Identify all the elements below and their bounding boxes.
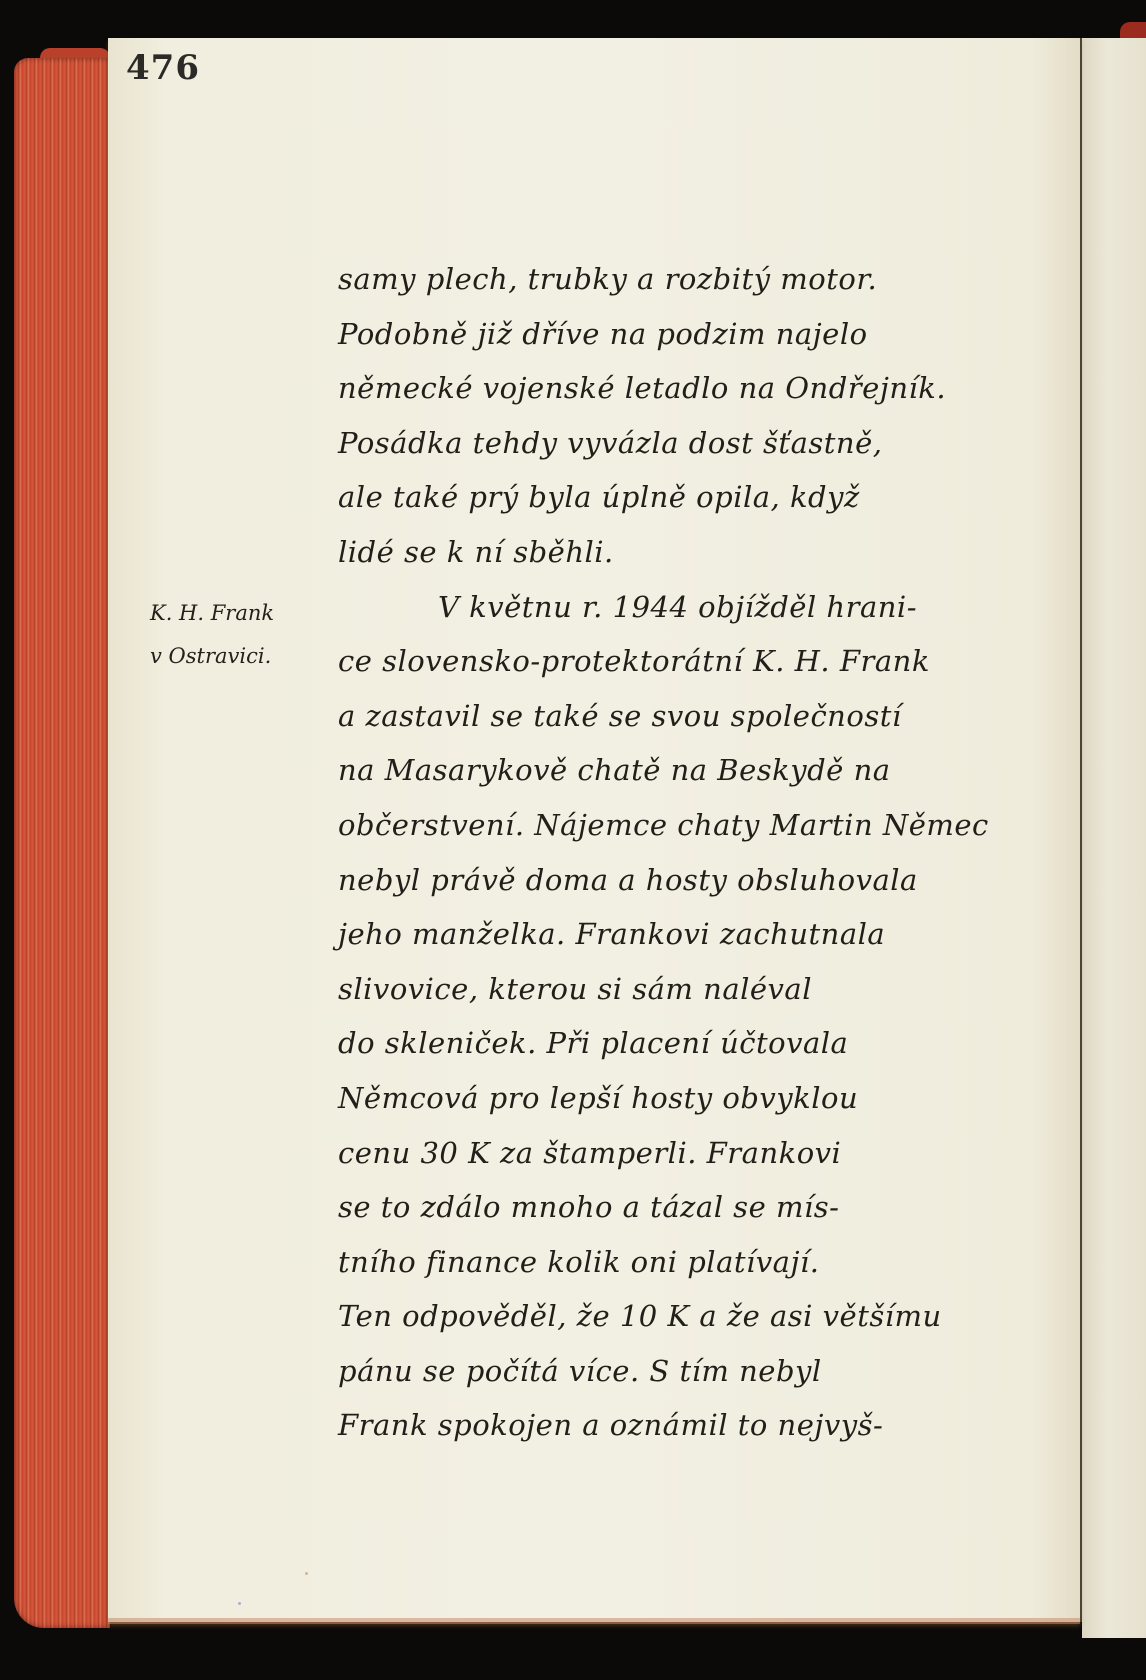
text-line: Podobně již dříve na podzim najelo [338, 307, 1038, 362]
text-line: nebyl právě doma a hosty obsluhovala [338, 853, 1038, 908]
book-gutter [1080, 38, 1082, 1622]
text-line: se to zdálo mnoho a tázal se mís- [338, 1180, 1038, 1235]
text-line: na Masarykově chatě na Beskydě na [338, 743, 1038, 798]
text-line: cenu 30 K za štamperli. Frankovi [338, 1126, 1038, 1181]
paper-speck [305, 1572, 308, 1575]
text-line: slivovice, kterou si sám naléval [338, 962, 1038, 1017]
paper-speck [238, 1602, 241, 1605]
text-line: tního finance kolik oni platívají. [338, 1235, 1038, 1290]
margin-note: K. H. Frank v Ostravici. [150, 592, 300, 678]
text-line: a zastavil se také se svou společností [338, 689, 1038, 744]
text-line: ale také prý byla úplně opila, když [338, 470, 1038, 525]
red-page-edges [14, 58, 110, 1628]
paragraph-start-line: V květnu r. 1944 objížděl hrani- [338, 580, 1038, 635]
text-line: občerstvení. Nájemce chaty Martin Němec [338, 798, 1038, 853]
text-line: německé vojenské letadlo na Ondřejník. [338, 361, 1038, 416]
text-line: pánu se počítá více. S tím nebyl [338, 1344, 1038, 1399]
text-line: Němcová pro lepší hosty obvyklou [338, 1071, 1038, 1126]
page-bottom-edge [108, 1618, 1080, 1624]
adjacent-page [1082, 38, 1146, 1638]
text-line: ce slovensko-protektorátní K. H. Frank [338, 634, 1038, 689]
text-line: do skleniček. Při placení účtovala [338, 1016, 1038, 1071]
margin-note-line: v Ostravici. [150, 635, 300, 678]
text-line: lidé se k ní sběhli. [338, 525, 1038, 580]
text-line: jeho manželka. Frankovi zachutnala [338, 907, 1038, 962]
text-line: samy plech, trubky a rozbitý motor. [338, 252, 1038, 307]
margin-note-line: K. H. Frank [150, 592, 300, 635]
text-line: Posádka tehdy vyvázla dost šťastně, [338, 416, 1038, 471]
handwritten-body: samy plech, trubky a rozbitý motor. Podo… [338, 252, 1038, 1453]
text-line: Ten odpověděl, že 10 K a že asi většímu [338, 1289, 1038, 1344]
page-number: 476 [126, 48, 200, 88]
text-line: Frank spokojen a oznámil to nejvyš- [338, 1398, 1038, 1453]
